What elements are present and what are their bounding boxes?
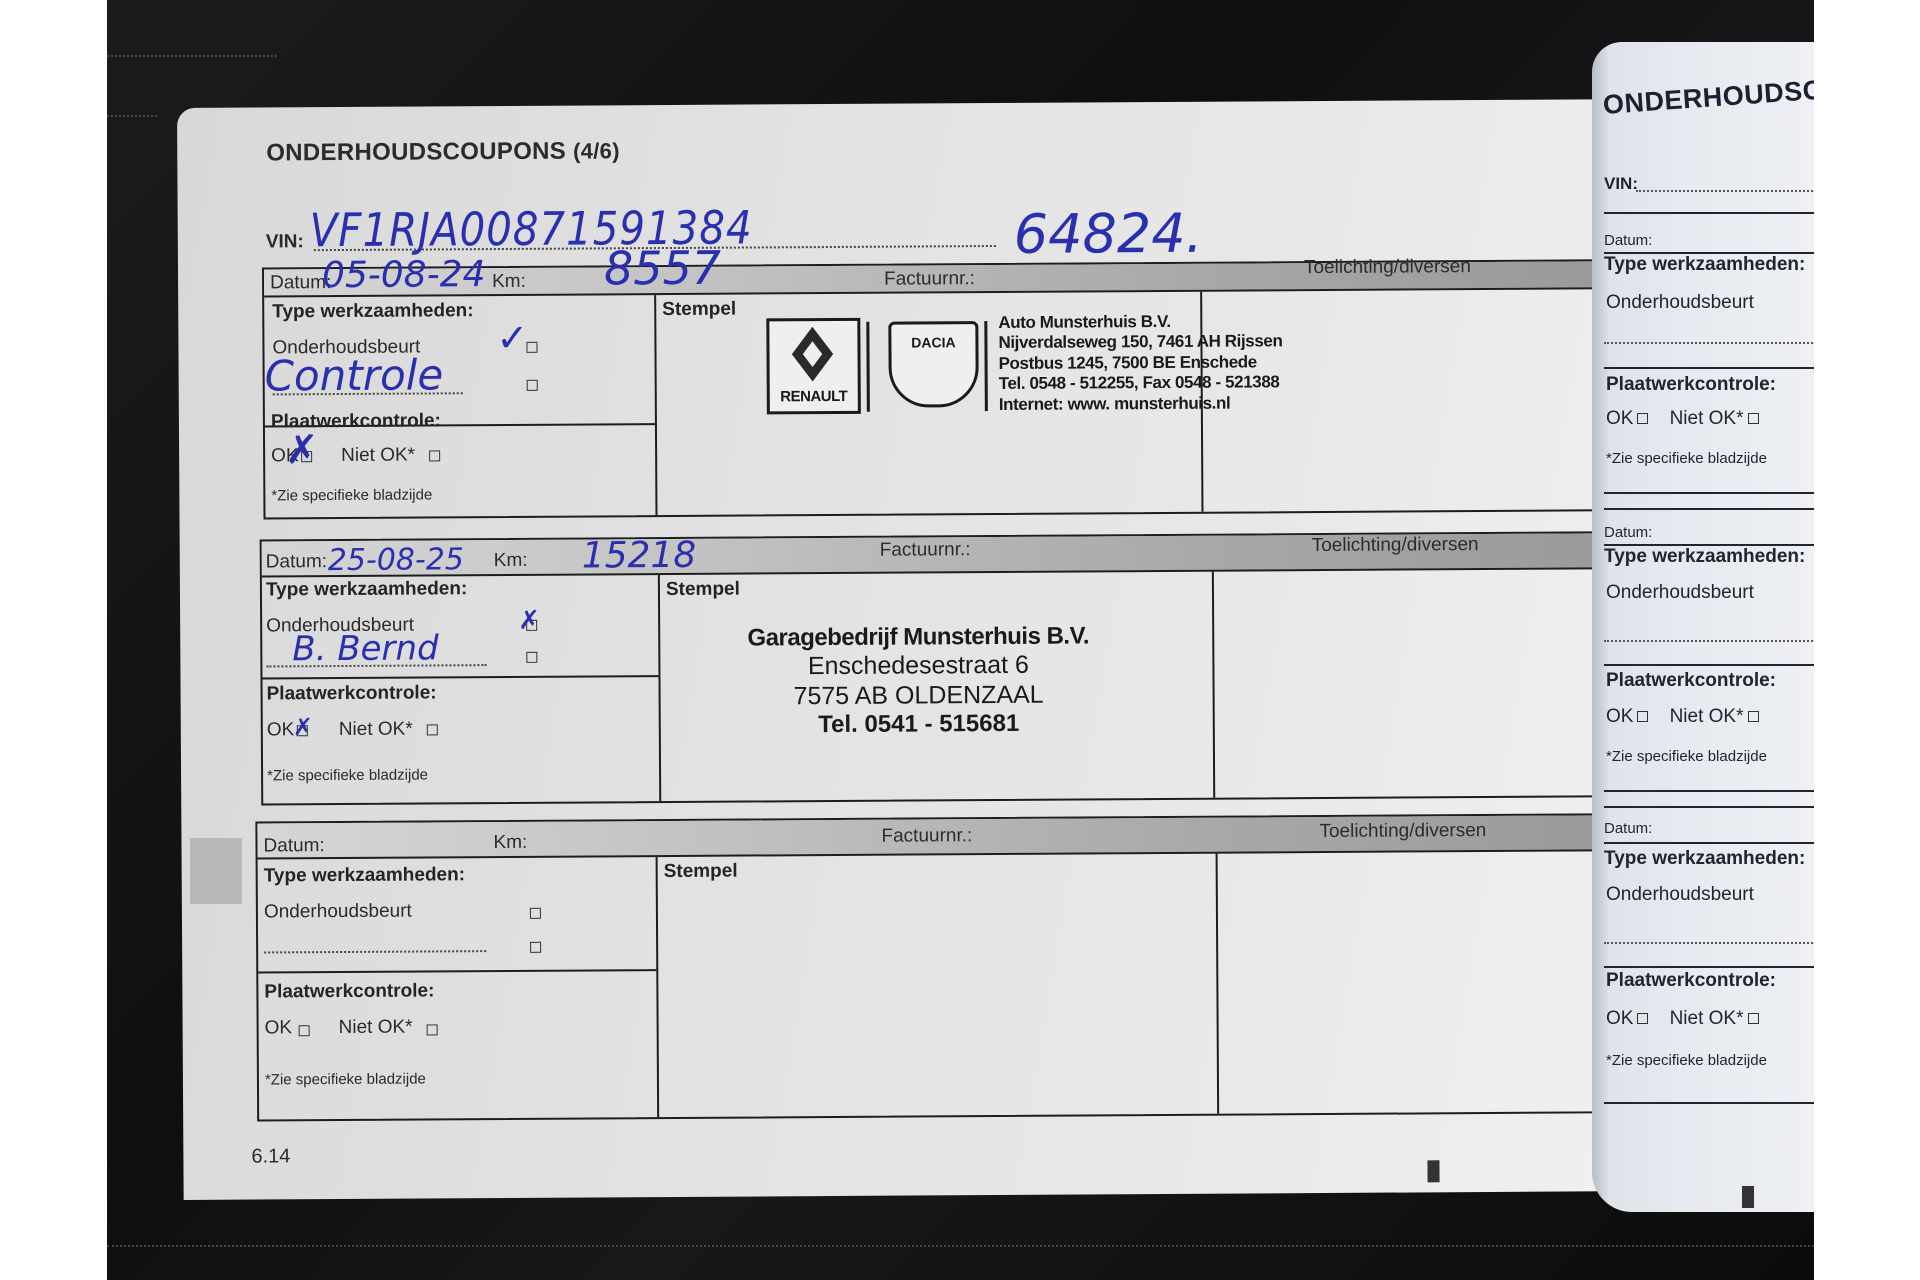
stempel-label: Stempel (666, 579, 740, 601)
niet-ok-checkbox[interactable] (1748, 711, 1759, 722)
divider (1604, 492, 1814, 494)
next-page-plaatwerk: Plaatwerkcontrole: (1606, 374, 1776, 396)
fabric-stitching (107, 55, 277, 59)
page-marker (1742, 1186, 1754, 1208)
renault-logo: RENAULT (766, 318, 861, 415)
next-page-title: ONDERHOUDSC (1602, 75, 1814, 121)
ok-label: OK (267, 719, 295, 741)
divider (1604, 790, 1814, 792)
stempel-label: Stempel (664, 861, 738, 883)
footnote-text: *Zie specifieke bladzijde (271, 486, 432, 504)
niet-ok-checkbox[interactable] (427, 1024, 438, 1035)
next-page-extra-line (1604, 342, 1814, 344)
type-werkzaamheden-label: Type werkzaamheden: (264, 864, 465, 887)
divider (1604, 842, 1814, 844)
niet-ok-label: Niet OK* (339, 719, 413, 741)
niet-ok-label: Niet OK* (1670, 706, 1744, 727)
coupon-1: Datum: Km: Factuurnr.: Toelichting/diver… (262, 259, 1604, 519)
datum-label: Datum: (263, 835, 324, 857)
onderhoudsbeurt-label: Onderhoudsbeurt (264, 901, 412, 924)
niet-ok-checkbox[interactable] (427, 724, 438, 735)
toelichting-area[interactable] (1212, 569, 1613, 797)
divider (1604, 806, 1814, 808)
extra-work-line (264, 950, 486, 953)
stamp-line: Tel. 0541 - 515681 (719, 710, 1119, 741)
ok-label: OK (1606, 706, 1633, 727)
footnote-text: *Zie specifieke bladzijde (265, 1070, 426, 1088)
next-page-type: Type werkzaamheden: (1604, 546, 1805, 568)
page-title-text: ONDERHOUDSCOUPONS (266, 138, 566, 167)
coupon-3: Datum: Km: Factuurnr.: Toelichting/diver… (255, 813, 1623, 1121)
ok-label: OK (1606, 408, 1633, 429)
footnote-text: *Zie specifieke bladzijde (267, 766, 428, 784)
niet-ok-label: Niet OK* (1670, 1008, 1744, 1029)
plaatwerkcontrole-block: Plaatwerkcontrole: OK Niet OK* *Zie spec… (258, 973, 657, 1119)
renault-diamond-icon (792, 327, 833, 382)
ok-label: OK (265, 1017, 293, 1039)
section-tab-marker (190, 838, 242, 904)
next-page-plaatwerk: Plaatwerkcontrole: (1606, 970, 1776, 992)
niet-ok-checkbox[interactable] (1748, 1013, 1759, 1024)
extra-work-checkbox[interactable] (526, 652, 537, 663)
cross-mark-icon: ✗ (285, 427, 319, 473)
checkmark-icon: ✗ (518, 606, 540, 636)
vin-label: VIN: (266, 231, 304, 253)
type-werkzaamheden-label: Type werkzaamheden: (272, 300, 473, 323)
next-page-type: Type werkzaamheden: (1604, 254, 1805, 276)
factuurnr-label: Factuurnr.: (881, 825, 972, 848)
niet-ok-checkbox[interactable] (1748, 413, 1759, 424)
divider (1604, 367, 1814, 369)
work-type-section: Type werkzaamheden: Onderhoudsbeurt ✗ B.… (262, 575, 661, 803)
footnote-text: *Zie specifieke bladzijde (1606, 748, 1767, 765)
toelichting-area[interactable] (1216, 851, 1622, 1113)
plaatwerkcontrole-block: Plaatwerkcontrole: OK ✗ Niet OK* *Zie sp… (265, 405, 656, 517)
type-werkzaamheden-label: Type werkzaamheden: (266, 578, 467, 601)
km-label: Km: (494, 550, 528, 572)
divider (1604, 1102, 1814, 1104)
next-page-datum: Datum: (1604, 232, 1652, 249)
next-page-ok-row: OK Niet OK* (1606, 408, 1759, 430)
next-page-vin-line (1636, 190, 1814, 192)
factuurnr-value[interactable]: 64824. (1014, 202, 1203, 266)
extra-work-checkbox[interactable] (530, 942, 541, 953)
maintenance-page: ONDERHOUDSCOUPONS (4/6) VIN: VF1RJA00871… (177, 99, 1624, 1200)
next-page-datum: Datum: (1604, 820, 1652, 837)
dealer-stamp-2: Garagebedrijf Munsterhuis B.V. Enschedes… (718, 622, 1119, 740)
next-page-plaatwerk: Plaatwerkcontrole: (1606, 670, 1776, 692)
toelichting-label: Toelichting/diversen (1312, 534, 1479, 557)
divider (1604, 664, 1814, 666)
stamp-line: Garagebedrijf Munsterhuis B.V. (718, 622, 1118, 653)
ok-label: OK (1606, 1008, 1633, 1029)
plaatwerkcontrole-block: Plaatwerkcontrole: OK ✗ Niet OK* *Zie sp… (262, 677, 659, 803)
divider (1604, 966, 1814, 968)
next-page-datum: Datum: (1604, 524, 1652, 541)
next-page-extra-line (1604, 640, 1814, 642)
page-marker (1427, 1160, 1439, 1182)
work-type-section: Type werkzaamheden: Onderhoudsbeurt ✓ Co… (264, 295, 657, 517)
work-type-section: Type werkzaamheden: Onderhoudsbeurt Plaa… (258, 857, 660, 1119)
next-page-vin-label: VIN: (1604, 174, 1638, 194)
ok-checkbox[interactable] (1637, 1013, 1648, 1024)
plaatwerkcontrole-label: Plaatwerkcontrole: (267, 682, 437, 705)
km-label: Km: (493, 832, 527, 854)
footnote-text: *Zie specifieke bladzijde (1606, 450, 1767, 467)
footnote-text: *Zie specifieke bladzijde (1606, 1052, 1767, 1069)
extra-work-value[interactable]: Controle (264, 350, 443, 400)
ok-checkbox[interactable] (299, 1025, 310, 1036)
fabric-stitching (107, 115, 157, 119)
onderhoudsbeurt-checkbox[interactable] (530, 908, 541, 919)
dacia-logo: DACIA (888, 321, 979, 408)
km-value[interactable]: 8557 (604, 241, 721, 296)
next-page: ONDERHOUDSC VIN: Datum: Type werkzaamhed… (1592, 42, 1814, 1212)
stempel-section[interactable]: Stempel (656, 854, 1220, 1117)
stamp-line: 7575 AB OLDENZAAL (719, 680, 1119, 712)
page-title: ONDERHOUDSCOUPONS (4/6) (266, 137, 620, 167)
next-page-onderhoudsbeurt: Onderhoudsbeurt (1606, 884, 1754, 906)
dacia-logo-text: DACIA (891, 334, 975, 351)
niet-ok-checkbox[interactable] (429, 450, 440, 461)
niet-ok-label: Niet OK* (339, 1017, 413, 1039)
checkmark-icon: ✓ (496, 316, 528, 360)
niet-ok-label: Niet OK* (1670, 408, 1744, 429)
divider (1604, 212, 1814, 214)
ok-checkbox[interactable] (1637, 413, 1648, 424)
type-werkzaamheden-block: Type werkzaamheden: Onderhoudsbeurt ✗ B.… (262, 575, 659, 679)
datum-value[interactable]: 05-08-24 (322, 254, 486, 296)
cross-mark-icon: ✗ (293, 713, 313, 741)
toelichting-label: Toelichting/diversen (1319, 820, 1486, 843)
stempel-label: Stempel (662, 299, 736, 321)
stamp-divider (984, 321, 988, 411)
page-title-suffix: (4/6) (573, 138, 620, 163)
stempel-section: Stempel Garagebedrijf Munsterhuis B.V. E… (658, 572, 1215, 801)
toelichting-area[interactable] (1200, 289, 1601, 511)
km-label: Km: (492, 271, 526, 293)
renault-logo-text: RENAULT (770, 388, 858, 406)
factuurnr-label: Factuurnr.: (880, 539, 971, 562)
km-value[interactable]: 15218 (582, 535, 697, 577)
coupon-2: Datum: Km: Factuurnr.: Toelichting/diver… (260, 531, 1616, 805)
datum-value[interactable]: 25-08-25 (328, 542, 464, 578)
page-number: 6.14 (251, 1145, 290, 1168)
stempel-section: Stempel RENAULT DACIA Auto Munsterhuis B… (654, 292, 1203, 515)
stamp-divider (866, 322, 870, 412)
next-page-type: Type werkzaamheden: (1604, 848, 1805, 870)
fabric-stitching (107, 1245, 1814, 1249)
ok-checkbox[interactable] (1637, 711, 1648, 722)
toelichting-label: Toelichting/diversen (1304, 256, 1471, 279)
next-page-ok-row: OK Niet OK* (1606, 1008, 1759, 1030)
factuurnr-label: Factuurnr.: (884, 268, 975, 291)
extra-work-value[interactable]: B. Bernd (292, 628, 439, 669)
divider (1604, 508, 1814, 510)
next-page-onderhoudsbeurt: Onderhoudsbeurt (1606, 582, 1754, 604)
photo-background: ONDERHOUDSCOUPONS (4/6) VIN: VF1RJA00871… (107, 0, 1814, 1280)
next-page-ok-row: OK Niet OK* (1606, 706, 1759, 728)
plaatwerkcontrole-label: Plaatwerkcontrole: (264, 980, 434, 1003)
type-werkzaamheden-block: Type werkzaamheden: Onderhoudsbeurt (258, 857, 657, 973)
next-page-extra-line (1604, 942, 1814, 944)
niet-ok-label: Niet OK* (341, 445, 415, 467)
next-page-onderhoudsbeurt: Onderhoudsbeurt (1606, 292, 1754, 314)
stamp-line: Enschedesestraat 6 (718, 651, 1118, 683)
extra-work-checkbox[interactable] (527, 380, 538, 391)
datum-label: Datum: (266, 551, 327, 573)
